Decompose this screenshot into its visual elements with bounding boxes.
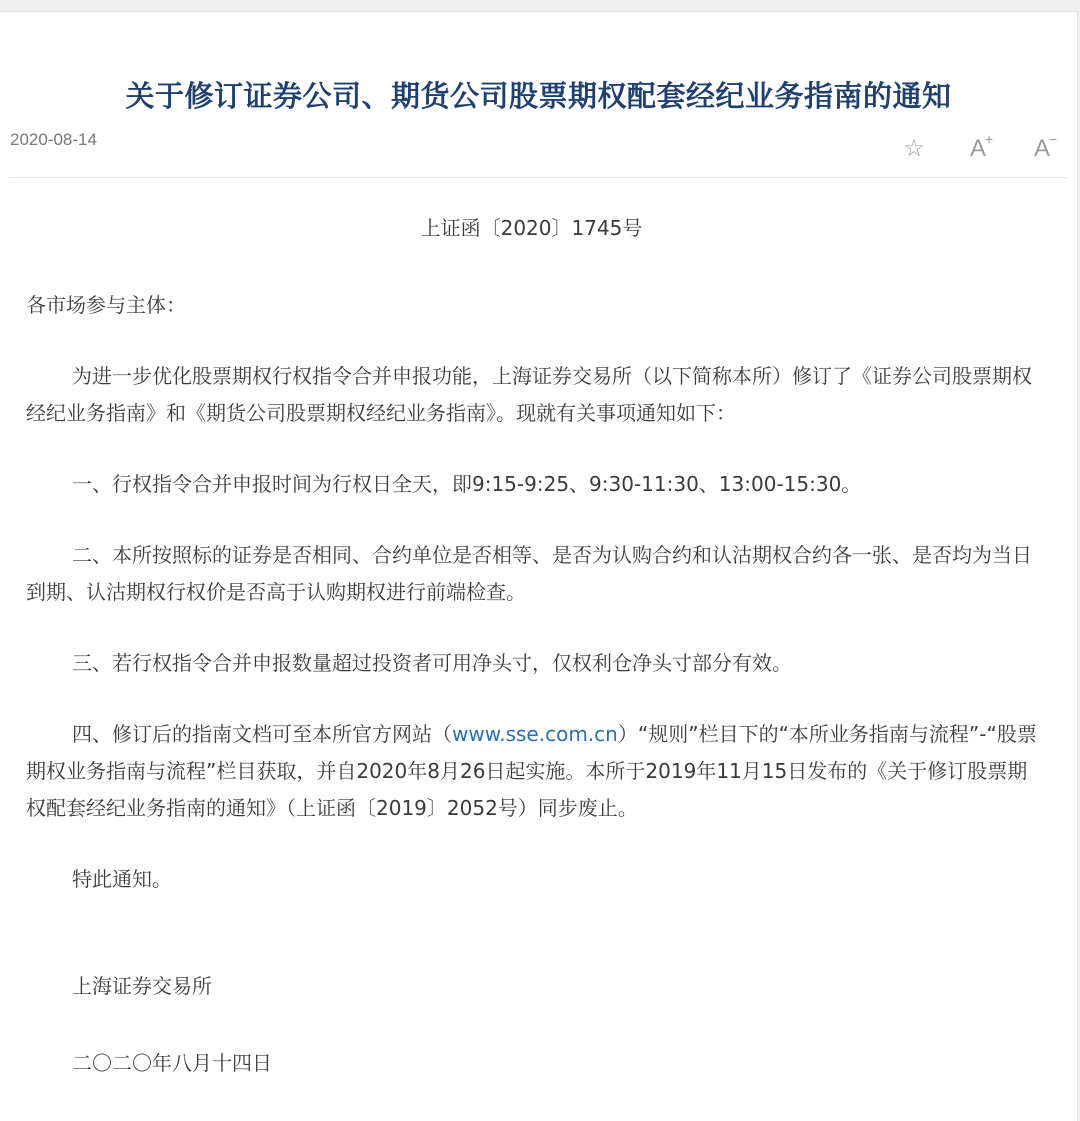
article-card: 关于修订证券公司、期货公司股票期权配套经纪业务指南的通知 2020-08-14 … (0, 11, 1078, 1121)
page-title: 关于修订证券公司、期货公司股票期权配套经纪业务指南的通知 (0, 74, 1077, 115)
sse-website-link[interactable]: www.sse.com.cn (452, 722, 618, 746)
salutation: 各市场参与主体： (26, 287, 1037, 324)
intro-paragraph: 为进一步优化股票期权行权指令合并申报功能，上海证券交易所（以下简称本所）修订了《… (26, 358, 1037, 432)
font-decrease-icon[interactable]: A− (1025, 135, 1059, 163)
header-divider (10, 177, 1067, 178)
item-3: 三、若行权指令合并申报数量超过投资者可用净头寸，仅权利仓净头寸部分有效。 (26, 645, 1037, 682)
article-body: 上证函〔2020〕1745号 各市场参与主体： 为进一步优化股票期权行权指令合并… (26, 210, 1037, 1121)
document-number: 上证函〔2020〕1745号 (26, 210, 1037, 247)
issuer: 上海证券交易所 (26, 968, 1037, 1005)
font-increase-icon[interactable]: A+ (961, 135, 995, 163)
star-icon[interactable]: ☆ (897, 134, 931, 163)
item-4: 四、修订后的指南文档可至本所官方网站（www.sse.com.cn）“规则”栏目… (26, 716, 1037, 827)
item-2: 二、本所按照标的证券是否相同、合约单位是否相等、是否为认购合约和认沽期权合约各一… (26, 537, 1037, 611)
item-1: 一、行权指令合并申报时间为行权日全天，即9:15-9:25、9:30-11:30… (26, 466, 1037, 503)
closing: 特此通知。 (26, 861, 1037, 898)
publish-date: 2020-08-14 (10, 130, 97, 150)
sign-date: 二〇二〇年八月十四日 (26, 1045, 1037, 1082)
article-tools: ☆ A+ A− (897, 134, 1059, 163)
